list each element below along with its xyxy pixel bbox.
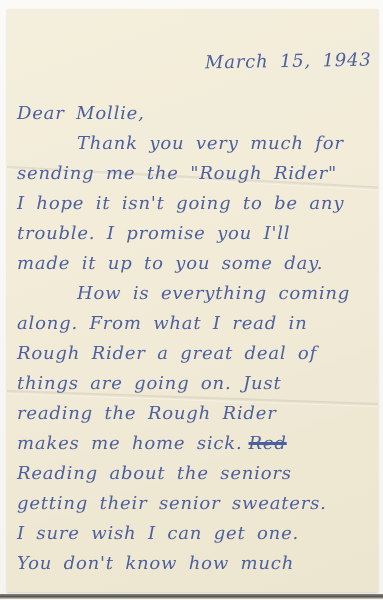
letter-line-text: things are going on. Just xyxy=(17,373,281,394)
letter-line: Reading about the seniors xyxy=(17,459,367,489)
letter-body: Thank you very much forsending me the "R… xyxy=(17,129,367,579)
letter-line-text: trouble. I promise you I'll xyxy=(17,223,290,244)
letter-line-text: Thank you very much for xyxy=(77,133,344,154)
letter-line: makes me home sick.Red xyxy=(17,429,367,459)
paper-bottom-shadow xyxy=(0,594,383,599)
letter-line-text: How is everything coming xyxy=(77,283,350,304)
letter-line: getting their senior sweaters. xyxy=(17,489,367,519)
letter-line: things are going on. Just xyxy=(17,369,367,399)
letter-line-text: reading the Rough Rider xyxy=(17,403,277,424)
crossed-out-word: Red xyxy=(249,433,287,454)
letter-line: I sure wish I can get one. xyxy=(17,519,367,549)
letter-line: How is everything coming xyxy=(17,279,367,309)
letter-line: I hope it isn't going to be any xyxy=(17,189,367,219)
letter-line: reading the Rough Rider xyxy=(17,399,367,429)
letter-line: Thank you very much for xyxy=(17,129,367,159)
letter-line-text: I hope it isn't going to be any xyxy=(17,193,344,214)
letter-date: March 15, 1943 xyxy=(205,46,367,79)
letter-line-text: I sure wish I can get one. xyxy=(17,523,299,544)
letter-line-text: getting their senior sweaters. xyxy=(17,493,327,514)
letter-salutation: Dear Mollie, xyxy=(17,99,367,129)
letter-paper: March 15, 1943 Dear Mollie, Thank you ve… xyxy=(7,9,378,592)
letter-line: made it up to you some day. xyxy=(17,249,367,279)
letter-line: Rough Rider a great deal of xyxy=(17,339,367,369)
letter-text: March 15, 1943 Dear Mollie, Thank you ve… xyxy=(17,47,367,579)
letter-line: You don't know how much xyxy=(17,549,367,579)
letter-line-text: made it up to you some day. xyxy=(17,253,323,274)
letter-line: sending me the "Rough Rider" xyxy=(17,159,367,189)
letter-line: along. From what I read in xyxy=(17,309,367,339)
letter-line-text: You don't know how much xyxy=(17,553,294,574)
scan-background: March 15, 1943 Dear Mollie, Thank you ve… xyxy=(0,0,383,600)
letter-line-text: along. From what I read in xyxy=(17,313,308,334)
letter-line-text: Reading about the seniors xyxy=(17,463,292,484)
letter-line-text: Rough Rider a great deal of xyxy=(17,343,317,364)
letter-line: trouble. I promise you I'll xyxy=(17,219,367,249)
letter-line-text: sending me the "Rough Rider" xyxy=(17,163,337,184)
letter-line-text: makes me home sick. xyxy=(17,433,243,454)
